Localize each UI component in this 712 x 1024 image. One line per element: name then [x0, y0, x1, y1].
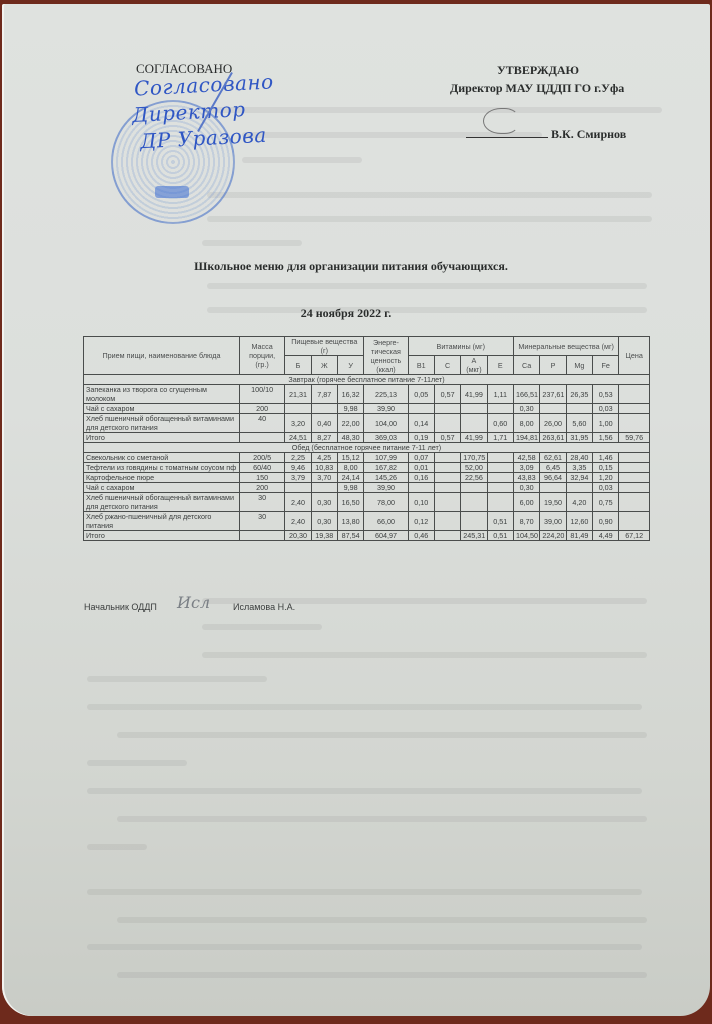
cell-p: 263,61	[540, 433, 566, 443]
cell-e	[487, 404, 513, 414]
table-row: Чай с сахаром2009,9839,900,300,03	[84, 404, 650, 414]
cell-mass: 200	[239, 483, 284, 493]
cell-p: 26,00	[540, 414, 566, 433]
header-a: A (мкг)	[461, 356, 487, 375]
cell-mass: 100/10	[239, 385, 284, 404]
cell-u: 87,54	[337, 531, 363, 541]
cell-ca: 0,30	[513, 404, 539, 414]
cell-ca: 104,50	[513, 531, 539, 541]
cell-p: 39,00	[540, 512, 566, 531]
bleed-through-text	[207, 216, 652, 222]
bleed-through-text	[202, 107, 662, 113]
bleed-through-text	[207, 192, 652, 198]
cell-a	[461, 404, 487, 414]
bleed-through-text	[87, 889, 642, 895]
cell-e: 1,11	[487, 385, 513, 404]
cell-fe: 0,90	[593, 512, 619, 531]
header-c: C	[434, 356, 460, 375]
total-label: Итого	[84, 531, 240, 541]
cell-b	[285, 483, 311, 493]
cell-price	[619, 483, 650, 493]
cell-price	[619, 385, 650, 404]
bleed-through-text	[207, 283, 647, 289]
menu-table: Прием пищи, наименование блюда Масса пор…	[83, 336, 650, 541]
bleed-through-text	[117, 816, 647, 822]
cell-p	[540, 404, 566, 414]
cell-energy: 145,26	[364, 473, 408, 483]
cell-b1: 0,12	[408, 512, 434, 531]
cell-energy: 104,00	[364, 414, 408, 433]
cell-e	[487, 473, 513, 483]
section-header-row: Обед (бесплатное горячее питание 7-11 ле…	[84, 443, 650, 453]
cell-zh: 3,70	[311, 473, 337, 483]
cell-mg	[566, 404, 592, 414]
bleed-through-text	[117, 732, 647, 738]
cell-b1: 0,05	[408, 385, 434, 404]
cell-mg: 4,20	[566, 493, 592, 512]
cell-fe: 0,75	[593, 493, 619, 512]
cell-c	[434, 493, 460, 512]
cell-e: 0,60	[487, 414, 513, 433]
cell-mg: 3,35	[566, 463, 592, 473]
cell-b1: 0,16	[408, 473, 434, 483]
cell-zh: 19,38	[311, 531, 337, 541]
cell-mg: 32,94	[566, 473, 592, 483]
menu-body: Завтрак (горячее бесплатное питание 7-11…	[84, 375, 650, 541]
cell-price	[619, 453, 650, 463]
bleed-through-text	[202, 240, 302, 246]
cell-mass: 30	[239, 493, 284, 512]
table-row: Запеканка из творога со сгущенным молоко…	[84, 385, 650, 404]
cell-c	[434, 463, 460, 473]
cell-ca: 8,70	[513, 512, 539, 531]
cell-u: 48,30	[337, 433, 363, 443]
section-title: Обед (бесплатное горячее питание 7-11 ле…	[84, 443, 650, 453]
cell-p: 237,61	[540, 385, 566, 404]
bleed-through-text	[242, 157, 362, 163]
total-row: Итого24,518,2748,30369,030,190,5741,991,…	[84, 433, 650, 443]
cell-b1: 0,01	[408, 463, 434, 473]
chief-position: Начальник ОДДП	[84, 602, 157, 612]
table-row: Чай с сахаром2009,9839,900,300,03	[84, 483, 650, 493]
cell-price: 67,12	[619, 531, 650, 541]
cell-zh: 8,27	[311, 433, 337, 443]
header-p: P	[540, 356, 566, 375]
cell-u: 16,32	[337, 385, 363, 404]
cell-a: 52,00	[461, 463, 487, 473]
cell-p: 224,20	[540, 531, 566, 541]
cell-ca: 8,00	[513, 414, 539, 433]
cell-a: 170,75	[461, 453, 487, 463]
dish-name: Свекольник со сметаной	[84, 453, 240, 463]
bleed-through-text	[202, 652, 647, 658]
cell-energy: 66,00	[364, 512, 408, 531]
cell-a	[461, 512, 487, 531]
cell-fe: 0,15	[593, 463, 619, 473]
cell-a: 22,56	[461, 473, 487, 483]
chief-signature: Исл	[177, 593, 210, 612]
cell-mg: 28,40	[566, 453, 592, 463]
cell-p: 62,61	[540, 453, 566, 463]
chief-name: Исламова Н.А.	[233, 602, 295, 612]
director-signature	[483, 108, 519, 134]
header-vitamins: Витамины (мг)	[408, 337, 513, 356]
cell-b: 2,40	[285, 493, 311, 512]
table-row: Хлеб пшеничный обогащенный витаминами дл…	[84, 414, 650, 433]
signature-line	[466, 137, 548, 138]
cell-u: 9,98	[337, 483, 363, 493]
cell-u: 22,00	[337, 414, 363, 433]
cell-p	[540, 483, 566, 493]
cell-p: 19,50	[540, 493, 566, 512]
bleed-through-text	[202, 624, 322, 630]
cell-u: 15,12	[337, 453, 363, 463]
cell-zh: 4,25	[311, 453, 337, 463]
section-title: Завтрак (горячее бесплатное питание 7-11…	[84, 375, 650, 385]
cell-energy: 369,03	[364, 433, 408, 443]
cell-u: 9,98	[337, 404, 363, 414]
cell-u: 8,00	[337, 463, 363, 473]
header-mg: Mg	[566, 356, 592, 375]
cell-energy: 167,82	[364, 463, 408, 473]
cell-energy: 39,90	[364, 483, 408, 493]
cell-ca: 6,00	[513, 493, 539, 512]
dish-name: Чай с сахаром	[84, 483, 240, 493]
cell-mass: 200	[239, 404, 284, 414]
header-carbs: У	[337, 356, 363, 375]
cell-u: 13,80	[337, 512, 363, 531]
cell-mass	[239, 433, 284, 443]
cell-zh: 0,30	[311, 493, 337, 512]
cell-a	[461, 414, 487, 433]
cell-zh: 0,40	[311, 414, 337, 433]
header-e: E	[487, 356, 513, 375]
cell-b: 20,30	[285, 531, 311, 541]
dish-name: Картофельное пюре	[84, 473, 240, 483]
cell-price	[619, 463, 650, 473]
cell-b: 9,46	[285, 463, 311, 473]
cell-mg: 31,95	[566, 433, 592, 443]
header-fat: Ж	[311, 356, 337, 375]
cell-price	[619, 473, 650, 483]
cell-mg: 81,49	[566, 531, 592, 541]
cell-price	[619, 512, 650, 531]
dish-name: Хлеб ржано-пшеничный для детского питани…	[84, 512, 240, 531]
cell-c: 0,57	[434, 433, 460, 443]
bleed-through-text	[87, 944, 642, 950]
bleed-through-text	[87, 844, 147, 850]
cell-e	[487, 493, 513, 512]
cell-u: 24,14	[337, 473, 363, 483]
cell-mass: 30	[239, 512, 284, 531]
bleed-through-text	[117, 917, 647, 923]
cell-ca: 0,30	[513, 483, 539, 493]
table-row: Тефтели из говядины с томатным соусом пф…	[84, 463, 650, 473]
cell-energy: 39,90	[364, 404, 408, 414]
cell-b1	[408, 404, 434, 414]
cell-price	[619, 404, 650, 414]
cell-mg: 26,35	[566, 385, 592, 404]
cell-c	[434, 531, 460, 541]
cell-e: 0,51	[487, 531, 513, 541]
bleed-through-text	[87, 676, 267, 682]
cell-c	[434, 473, 460, 483]
section-header-row: Завтрак (горячее бесплатное питание 7-11…	[84, 375, 650, 385]
cell-fe: 1,46	[593, 453, 619, 463]
cell-mass	[239, 531, 284, 541]
cell-fe: 0,03	[593, 404, 619, 414]
cell-mass: 60/40	[239, 463, 284, 473]
cell-b1: 0,07	[408, 453, 434, 463]
cell-fe: 4,49	[593, 531, 619, 541]
cell-ca: 166,51	[513, 385, 539, 404]
cell-a	[461, 493, 487, 512]
cell-c	[434, 453, 460, 463]
header-price: Цена	[619, 337, 650, 375]
cell-a: 245,31	[461, 531, 487, 541]
cell-c	[434, 404, 460, 414]
header-b1: B1	[408, 356, 434, 375]
cell-price: 59,76	[619, 433, 650, 443]
header-ca: Ca	[513, 356, 539, 375]
bleed-through-text	[117, 972, 647, 978]
document-date: 24 ноября 2022 г.	[0, 306, 712, 321]
table-row: Картофельное пюре1503,793,7024,14145,260…	[84, 473, 650, 483]
cell-u: 16,50	[337, 493, 363, 512]
cell-fe: 1,00	[593, 414, 619, 433]
dish-name: Хлеб пшеничный обогащенный витаминами дл…	[84, 493, 240, 512]
dish-name: Чай с сахаром	[84, 404, 240, 414]
cell-a: 41,99	[461, 433, 487, 443]
cell-b: 2,40	[285, 512, 311, 531]
header-minerals: Минеральные вещества (мг)	[513, 337, 618, 356]
document-title: Школьное меню для организации питания об…	[0, 259, 712, 274]
cell-zh: 0,30	[311, 512, 337, 531]
director-name: В.К. Смирнов	[551, 127, 626, 142]
header-protein: Б	[285, 356, 311, 375]
cell-ca: 43,83	[513, 473, 539, 483]
cell-mg: 5,60	[566, 414, 592, 433]
cell-b: 24,51	[285, 433, 311, 443]
header-nutrients: Пищевые вещества (г)	[285, 337, 364, 356]
cell-c	[434, 414, 460, 433]
cell-zh	[311, 483, 337, 493]
header-energy: Энерге-тическая ценность (ккал)	[364, 337, 408, 375]
cell-ca: 42,58	[513, 453, 539, 463]
dish-name: Запеканка из творога со сгущенным молоко…	[84, 385, 240, 404]
bleed-through-text	[87, 788, 642, 794]
total-row: Итого20,3019,3887,54604,970,46245,310,51…	[84, 531, 650, 541]
cell-price	[619, 493, 650, 512]
header-dish: Прием пищи, наименование блюда	[84, 337, 240, 375]
cell-b	[285, 404, 311, 414]
approve-label: УТВЕРЖДАЮ	[497, 63, 579, 78]
cell-b1: 0,46	[408, 531, 434, 541]
cell-p: 96,64	[540, 473, 566, 483]
cell-c	[434, 512, 460, 531]
cell-mass: 150	[239, 473, 284, 483]
cell-c: 0,57	[434, 385, 460, 404]
cell-b: 2,25	[285, 453, 311, 463]
cell-energy: 107,99	[364, 453, 408, 463]
bleed-through-text	[87, 760, 187, 766]
cell-fe: 1,56	[593, 433, 619, 443]
cell-fe: 0,03	[593, 483, 619, 493]
cell-e: 0,51	[487, 512, 513, 531]
cell-e	[487, 463, 513, 473]
dish-name: Хлеб пшеничный обогащенный витаминами дл…	[84, 414, 240, 433]
cell-zh: 7,87	[311, 385, 337, 404]
cell-ca: 194,81	[513, 433, 539, 443]
cell-a	[461, 483, 487, 493]
cell-a: 41,99	[461, 385, 487, 404]
dish-name: Тефтели из говядины с томатным соусом пф	[84, 463, 240, 473]
cell-fe: 1,20	[593, 473, 619, 483]
cell-e	[487, 453, 513, 463]
cell-c	[434, 483, 460, 493]
cell-ca: 3,09	[513, 463, 539, 473]
cell-b1: 0,19	[408, 433, 434, 443]
cell-mass: 40	[239, 414, 284, 433]
table-row: Хлеб ржано-пшеничный для детского питани…	[84, 512, 650, 531]
director-title: Директор МАУ ЦДДП ГО г.Уфа	[450, 81, 624, 96]
cell-energy: 78,00	[364, 493, 408, 512]
cell-p: 6,45	[540, 463, 566, 473]
cell-zh: 10,83	[311, 463, 337, 473]
cell-e	[487, 483, 513, 493]
cell-energy: 225,13	[364, 385, 408, 404]
cell-zh	[311, 404, 337, 414]
cell-mass: 200/5	[239, 453, 284, 463]
table-row: Хлеб пшеничный обогащенный витаминами дл…	[84, 493, 650, 512]
header-mass: Масса порции, (гр.)	[239, 337, 284, 375]
cell-b1: 0,14	[408, 414, 434, 433]
cell-b: 3,20	[285, 414, 311, 433]
cell-fe: 0,53	[593, 385, 619, 404]
bleed-through-text	[87, 704, 642, 710]
stamp-emblem	[155, 186, 189, 198]
total-label: Итого	[84, 433, 240, 443]
cell-b: 3,79	[285, 473, 311, 483]
cell-mg	[566, 483, 592, 493]
cell-energy: 604,97	[364, 531, 408, 541]
cell-b1	[408, 483, 434, 493]
cell-price	[619, 414, 650, 433]
cell-e: 1,71	[487, 433, 513, 443]
table-row: Свекольник со сметаной200/52,254,2515,12…	[84, 453, 650, 463]
cell-b: 21,31	[285, 385, 311, 404]
header-fe: Fe	[593, 356, 619, 375]
cell-mg: 12,60	[566, 512, 592, 531]
cell-b1: 0,10	[408, 493, 434, 512]
